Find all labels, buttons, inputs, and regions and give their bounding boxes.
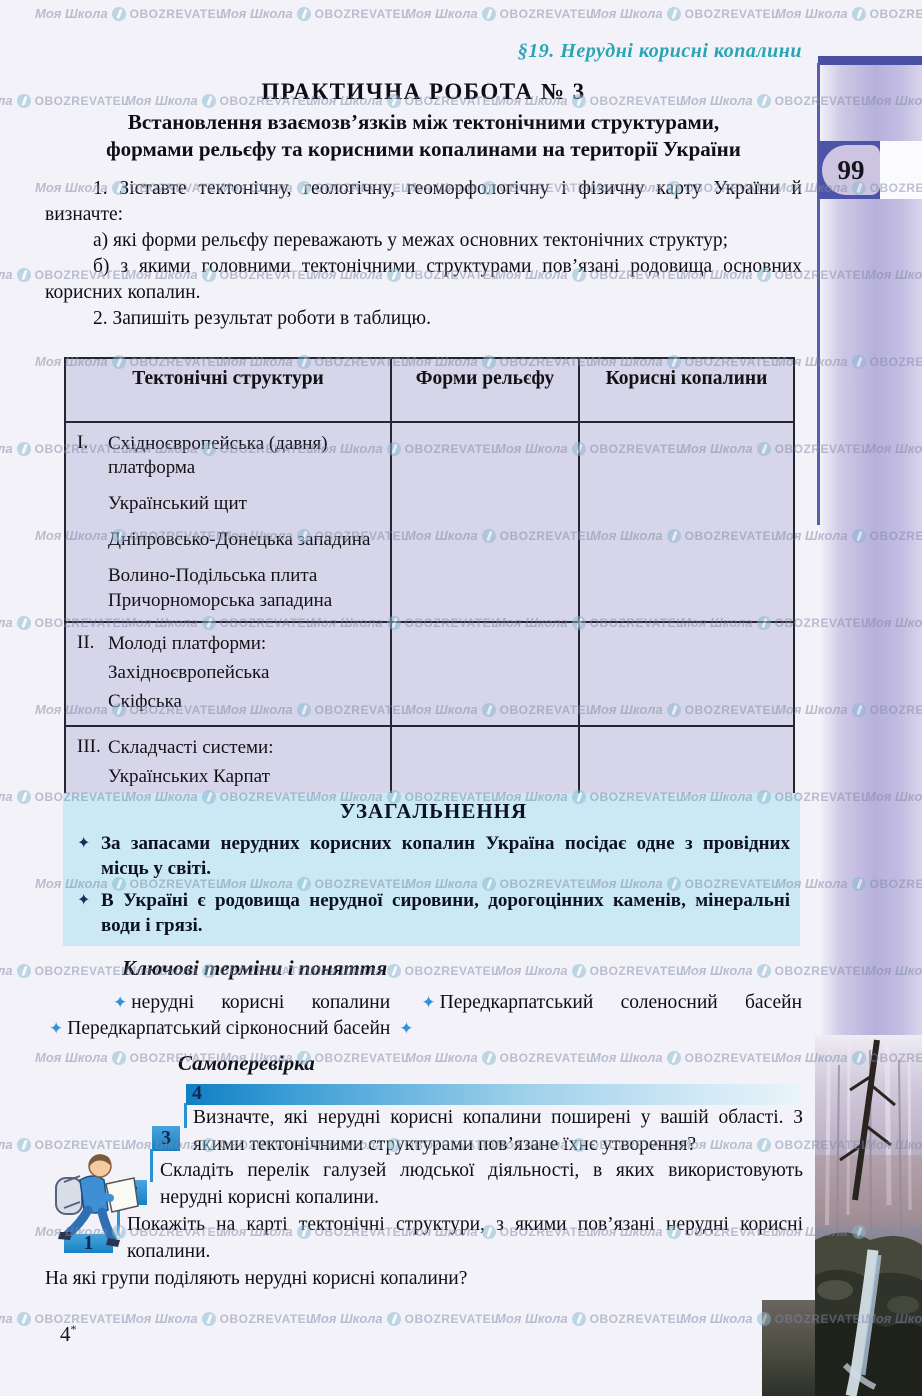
star-separator-icon: ✦: [417, 993, 439, 1012]
forest-waterfall-photo-lower: [762, 1300, 815, 1396]
page-number-badge: 99: [822, 145, 880, 195]
empty-cell: [579, 422, 794, 622]
table-item: Скіфська: [108, 690, 382, 714]
key-term: Передкарпатський соленосний басейн: [440, 992, 802, 1013]
column-header: Форми рельєфу: [391, 358, 579, 422]
empty-cell: [391, 422, 579, 622]
task-step: 2. Запишіть результат роботи в таблицю.: [45, 306, 802, 332]
task-step: а) які форми рельєфу переважають у межах…: [45, 228, 802, 254]
self-check-question: Визначте, які нерудні корисні копалини п…: [193, 1105, 803, 1158]
empty-cell: [579, 622, 794, 726]
star-bullet-icon: ✦: [77, 831, 101, 881]
column-header: Корисні копалини: [579, 358, 794, 422]
page-number: 99: [838, 155, 865, 186]
practical-work-title: ПРАКТИЧНА РОБОТА № 3: [45, 79, 802, 105]
table-item: Волино-Подільська плита: [108, 564, 382, 588]
table-item: Український щит: [108, 492, 382, 516]
tectonic-structures-cell: II. Молоді платформи: Західноєвропейська…: [65, 622, 391, 726]
table-row: II. Молоді платформи: Західноєвропейська…: [65, 622, 794, 726]
self-check-question: Складіть перелік галузей людської діяльн…: [160, 1158, 803, 1211]
watermark: Моя ШколаOBOZREVATEL: [310, 1311, 499, 1326]
table-item: Східноєвропейська (давня) платформа: [108, 432, 382, 480]
watermark: Моя ШколаOBOZREVATEL: [0, 963, 129, 978]
table-item: Західноєвропейська: [108, 661, 382, 685]
watermark: Моя ШколаOBOZREVATEL: [775, 6, 922, 21]
self-check-question: На які групи поділяють нерудні корисні к…: [45, 1266, 745, 1293]
watermark: Моя ШколаOBOZREVATEL: [590, 6, 779, 21]
step-number: 3: [161, 1127, 171, 1150]
star-bullet-icon: ✦: [77, 888, 101, 938]
page-tab-gap: [880, 141, 922, 199]
table-item: Молоді платформи:: [108, 632, 382, 656]
row-items: Молоді платформи: Західноєвропейська Скі…: [108, 632, 386, 719]
summary-point-text: В Україні є родовища нерудної сировини, …: [101, 888, 790, 938]
forest-waterfall-photo: [815, 1035, 922, 1396]
summary-point: ✦ За запасами нерудних корисних копалин …: [77, 831, 790, 881]
stair-connector: [150, 1149, 153, 1182]
empty-cell: [391, 622, 579, 726]
task-step: 1. Зіставте тектонічну, геологічну, геом…: [45, 176, 802, 228]
stair-connector: [184, 1103, 187, 1128]
star-separator-icon: ✦: [395, 1019, 417, 1038]
summary-title: УЗАГАЛЬНЕННЯ: [77, 799, 790, 824]
schoolboy-illustration: [50, 1146, 150, 1261]
table-item: Складчасті системи:: [108, 736, 382, 760]
row-items: Східноєвропейська (давня) платформа Укра…: [108, 432, 386, 613]
summary-box: УЗАГАЛЬНЕННЯ ✦ За запасами нерудних кори…: [63, 793, 800, 946]
step-square-3: 3: [152, 1126, 180, 1151]
row-numeral: I.: [66, 432, 108, 613]
task-instructions: 1. Зіставте тектонічну, геологічну, геом…: [45, 176, 802, 332]
table-item: Українських Карпат: [108, 765, 382, 789]
star-separator-icon: ✦: [109, 993, 131, 1012]
signature-mark: 4*: [60, 1322, 77, 1347]
tectonic-structures-cell: I. Східноєвропейська (давня) платформа У…: [65, 422, 391, 622]
results-table: Тектонічні структури Форми рельєфу Корис…: [64, 357, 795, 860]
watermark: Моя ШколаOBOZREVATEL: [220, 6, 409, 21]
table-row: I. Східноєвропейська (давня) платформа У…: [65, 422, 794, 622]
key-term: нерудні корисні копалини: [131, 992, 390, 1013]
chapter-header: §19. Нерудні корисні копалини: [45, 40, 802, 63]
watermark: Моя ШколаOBOZREVATEL: [495, 1311, 684, 1326]
watermark: Моя ШколаOBOZREVATEL: [495, 963, 684, 978]
margin-top-strip: [818, 56, 922, 65]
key-terms-list: ✦нерудні корисні копалини ✦Передкарпатсь…: [45, 990, 802, 1042]
table-header-row: Тектонічні структури Форми рельєфу Корис…: [65, 358, 794, 422]
summary-point: ✦ В Україні є родовища нерудної сировини…: [77, 888, 790, 938]
row-numeral: II.: [66, 632, 108, 719]
self-check-title: Самоперевірка: [178, 1051, 315, 1076]
textbook-page: 99 §19. Нерудні корисні копалини ПРАКТИЧ…: [0, 0, 922, 1396]
page-number-tab: 99: [818, 141, 922, 199]
step-bar-4: 4: [186, 1084, 802, 1105]
key-terms-title: Ключові терміни і поняття: [122, 956, 387, 981]
key-term: Передкарпатський сірконосний басейн: [67, 1018, 390, 1039]
watermark: Моя ШколаOBOZREVATEL: [405, 6, 594, 21]
margin-vertical-line: [817, 63, 820, 525]
table-item: Причорноморська западина: [108, 589, 382, 613]
task-step: б) з якими головними тектонічними структ…: [45, 254, 802, 306]
self-check-question: Покажіть на карті тектонічні структури, …: [127, 1212, 803, 1265]
watermark: Моя ШколаOBOZREVATEL: [405, 1050, 594, 1065]
summary-point-text: За запасами нерудних корисних копалин Ук…: [101, 831, 790, 881]
column-header: Тектонічні структури: [65, 358, 391, 422]
step-number: 4: [192, 1082, 202, 1105]
watermark: Моя ШколаOBOZREVATEL: [125, 1311, 314, 1326]
table-item: Дніпровсько-Донецька западина: [108, 528, 382, 552]
practical-work-subtitle: Встановлення взаємозв’язків між тектоніч…: [45, 109, 802, 163]
star-separator-icon: ✦: [45, 1019, 67, 1038]
watermark: Моя ШколаOBOZREVATEL: [35, 6, 224, 21]
watermark: Моя ШколаOBOZREVATEL: [590, 1050, 779, 1065]
right-margin-bar: [818, 56, 922, 1036]
subtitle-line: формами рельєфу та корисними копалинами …: [45, 136, 802, 163]
subtitle-line: Встановлення взаємозв’язків між тектоніч…: [45, 109, 802, 136]
